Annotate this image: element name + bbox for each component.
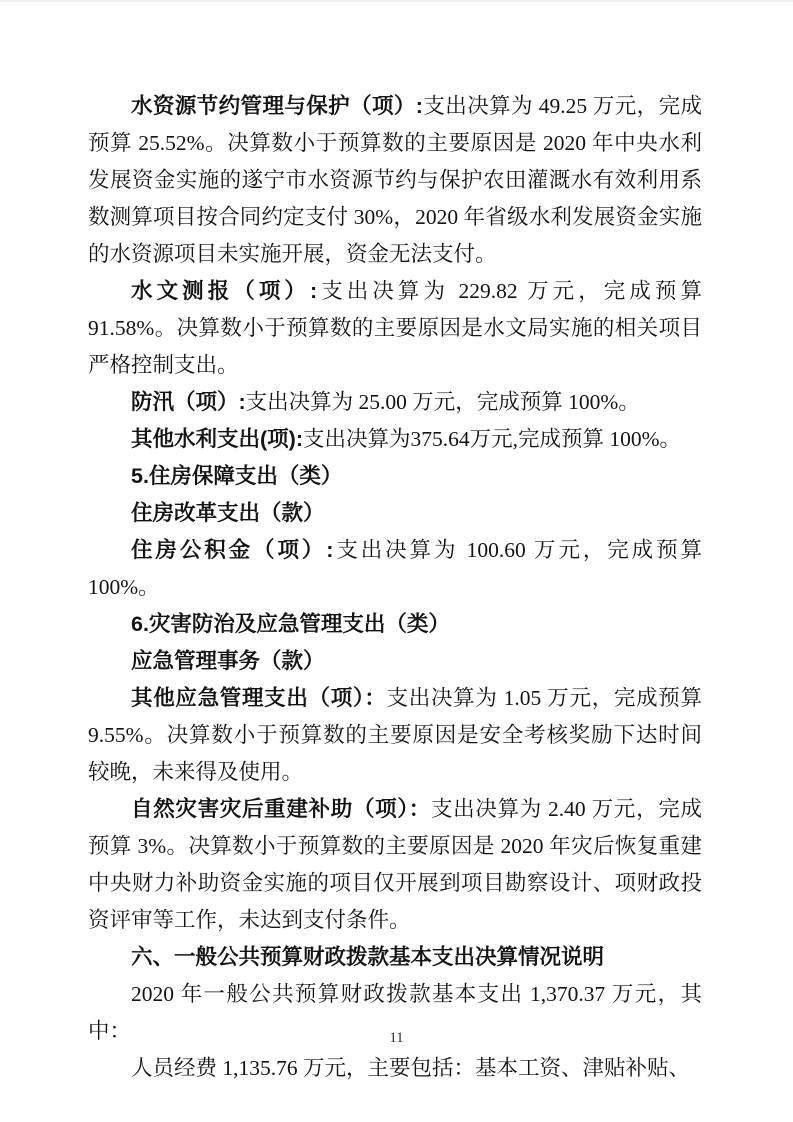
paragraph-text: 支出决算为 25.00 万元，完成预算 100%。 (246, 390, 640, 414)
paragraph: 水文测报（项）:支出决算为 229.82 万元，完成预算 91.58%。决算数小… (88, 273, 702, 384)
paragraph-text: 支出决算为375.64万元,完成预算 100%。 (303, 427, 681, 451)
paragraph: 6.灾害防治及应急管理支出（类） (88, 606, 702, 643)
paragraph-lead: 六、一般公共预算财政拨款基本支出决算情况说明 (131, 945, 604, 969)
paragraph-lead: 其他应急管理支出（项）： (131, 686, 387, 710)
paragraph: 防汛（项）:支出决算为 25.00 万元，完成预算 100%。 (88, 384, 702, 421)
paragraph: 5.住房保障支出（类） (88, 458, 702, 495)
paragraph-text: 支出决算为 49.25 万元，完成预算 25.52%。决算数小于预算数的主要原因… (88, 94, 702, 266)
page-number: 11 (0, 1028, 793, 1048)
paragraph: 其他水利支出(项):支出决算为375.64万元,完成预算 100%。 (88, 421, 702, 458)
document-page: 水资源节约管理与保护（项）:支出决算为 49.25 万元，完成预算 25.52%… (0, 0, 793, 1122)
paragraph-lead: 水文测报（项）: (131, 279, 317, 303)
paragraph: 其他应急管理支出（项）：支出决算为 1.05 万元，完成预算 9.55%。决算数… (88, 680, 702, 791)
paragraph: 住房公积金（项）:支出决算为 100.60 万元，完成预算 100%。 (88, 532, 702, 606)
paragraph-text: 人员经费 1,135.76 万元，主要包括：基本工资、津贴补贴、 (131, 1056, 690, 1080)
paragraph-lead: 6.灾害防治及应急管理支出（类） (131, 612, 450, 636)
paragraph-lead: 5.住房保障支出（类） (131, 464, 342, 488)
paragraph-lead: 自然灾害灾后重建补助（项）： (131, 797, 431, 821)
paragraph-lead: 其他水利支出(项): (131, 427, 303, 451)
paragraph-lead: 水资源节约管理与保护（项）: (131, 94, 423, 118)
paragraph: 人员经费 1,135.76 万元，主要包括：基本工资、津贴补贴、 (88, 1050, 702, 1087)
paragraph: 水资源节约管理与保护（项）:支出决算为 49.25 万元，完成预算 25.52%… (88, 88, 702, 273)
paragraph: 自然灾害灾后重建补助（项）：支出决算为 2.40 万元，完成预算 3%。决算数小… (88, 791, 702, 939)
paragraph-lead: 防汛（项）: (131, 390, 246, 414)
document-body: 水资源节约管理与保护（项）:支出决算为 49.25 万元，完成预算 25.52%… (88, 88, 702, 1087)
paragraph: 住房改革支出（款） (88, 495, 702, 532)
paragraph-lead: 住房改革支出（款） (131, 501, 325, 525)
paragraph: 六、一般公共预算财政拨款基本支出决算情况说明 (88, 939, 702, 976)
paragraph-lead: 应急管理事务（款） (131, 649, 325, 673)
paragraph: 应急管理事务（款） (88, 643, 702, 680)
paragraph-lead: 住房公积金（项）: (131, 538, 333, 562)
